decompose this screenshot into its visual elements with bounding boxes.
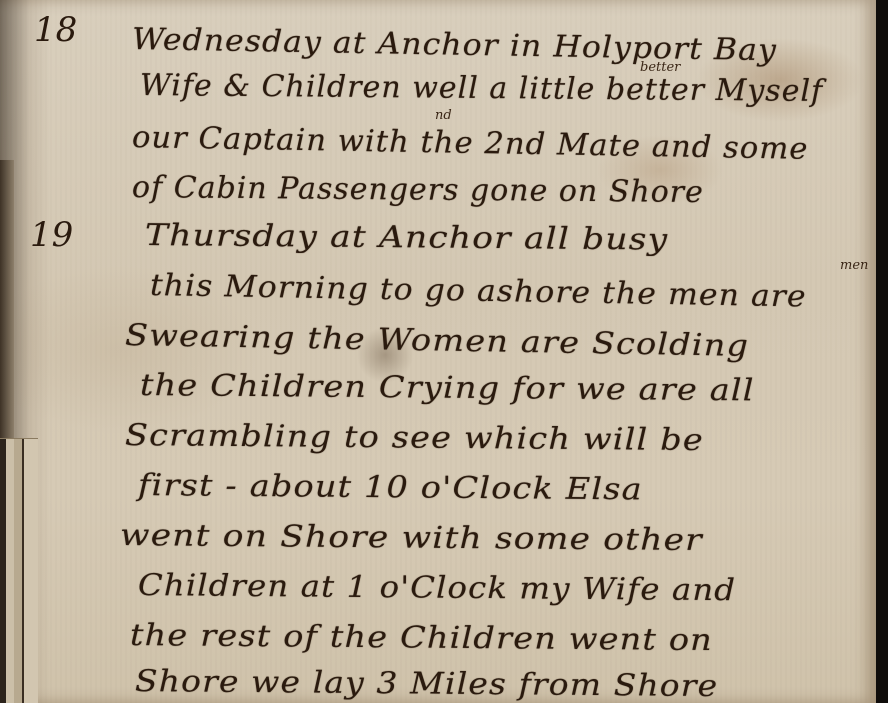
text-line-12: Children at 1 o'Clock my Wife and: [138, 568, 736, 608]
text-line-6: this Morning to go ashore the men are: [150, 268, 807, 314]
manuscript-page: 18 19 Wednesday at Anchor in Holyport Ba…: [0, 0, 876, 703]
interlinear-men: men: [840, 258, 868, 273]
text-line-2: Wife & Children well a little better Mys…: [140, 68, 823, 109]
margin-date-19: 19: [30, 215, 73, 255]
text-line-3: our Captain with the 2nd Mate and some: [132, 120, 809, 167]
text-line-7: Swearing the Women are Scolding: [125, 318, 750, 364]
margin-date-18: 18: [34, 10, 77, 50]
text-line-4: of Cabin Passengers gone on Shore: [132, 170, 704, 210]
text-line-5: Thursday at Anchor all busy: [145, 218, 668, 258]
text-line-14: Shore we lay 3 Miles from Shore: [135, 664, 719, 703]
binding-edge-lower: [0, 438, 38, 703]
text-line-9: Scrambling to see which will be: [125, 418, 704, 458]
text-line-13: the rest of the Children went on: [130, 618, 713, 658]
binding-edge-upper: [0, 160, 14, 440]
interlinear-nd: nd: [435, 108, 452, 123]
text-line-8: the Children Crying for we are all: [140, 368, 755, 408]
text-line-10: first - about 10 o'Clock Elsa: [138, 468, 643, 507]
text-line-11: went on Shore with some other: [120, 518, 703, 558]
scan-border: [876, 0, 888, 703]
